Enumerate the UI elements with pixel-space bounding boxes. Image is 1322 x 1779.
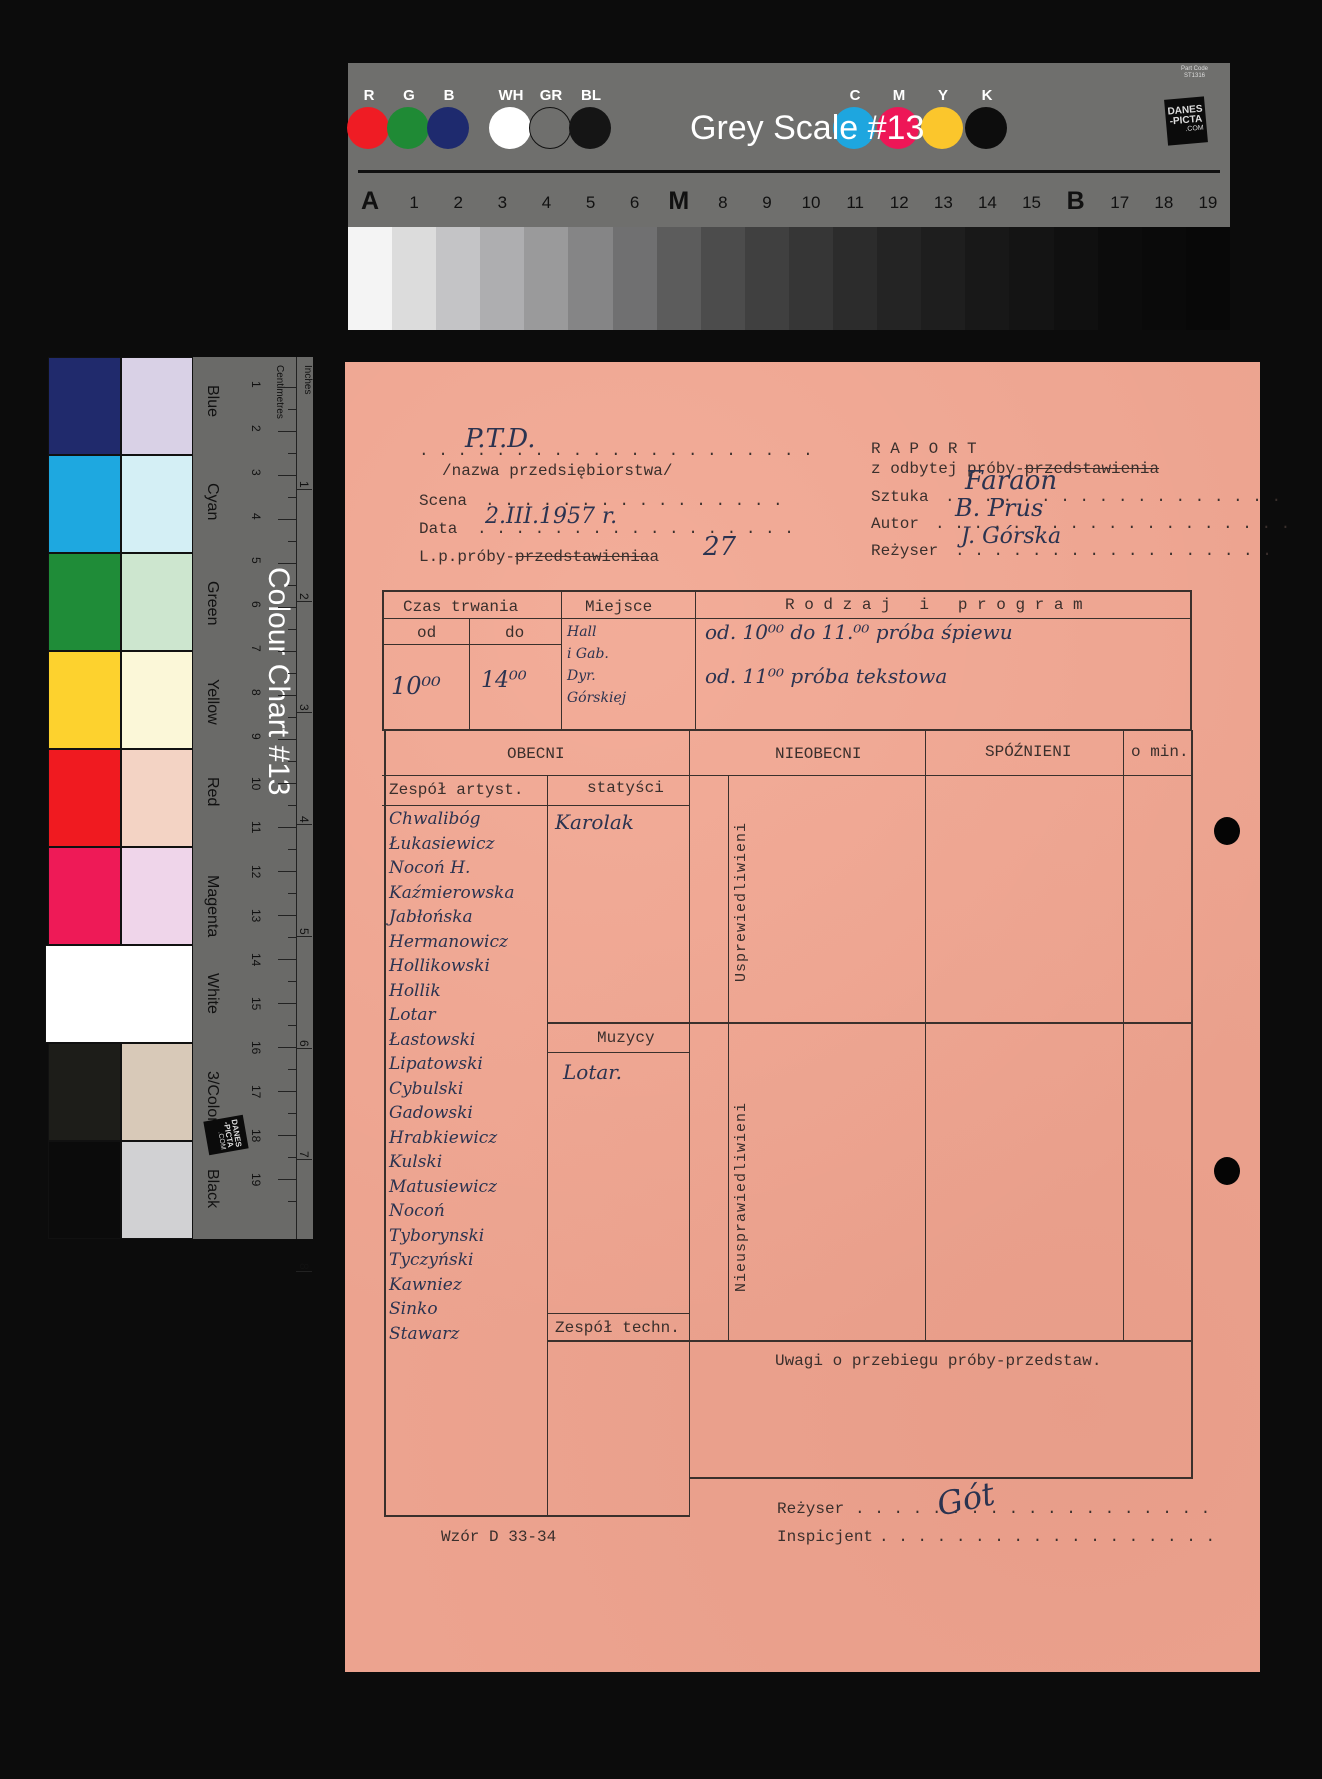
units-in-label: Inches bbox=[302, 365, 313, 394]
grey-step bbox=[965, 227, 1009, 330]
inch-tick-label: 7 bbox=[297, 1151, 311, 1158]
grey-step bbox=[1186, 227, 1230, 330]
cm-tick-label: 3 bbox=[249, 469, 263, 476]
col-divider-omin bbox=[1123, 730, 1124, 1341]
step-label: 2 bbox=[438, 193, 478, 213]
step-label: 1 bbox=[394, 193, 434, 213]
cm-half-tick bbox=[288, 1157, 296, 1158]
program-line: od. 11⁰⁰ próba tekstowa bbox=[705, 664, 1013, 708]
colour-name-label: Blue bbox=[203, 385, 221, 417]
step-label: 13 bbox=[923, 193, 963, 213]
units-cm-label: Centimetres bbox=[274, 365, 285, 419]
grey-step bbox=[613, 227, 657, 330]
swatch-magenta-light bbox=[121, 847, 193, 945]
artist-name: Kaźmierowska bbox=[389, 883, 514, 908]
step-label: 8 bbox=[703, 193, 743, 213]
artist-name: Gadowski bbox=[389, 1103, 514, 1128]
patch-label: K bbox=[967, 87, 1007, 104]
czas-trwania-header: Czas trwania bbox=[403, 598, 518, 616]
inch-tick bbox=[296, 1271, 312, 1272]
artist-name: Nocoń H. bbox=[389, 858, 514, 883]
od-header: od bbox=[417, 624, 436, 642]
sztuka-value: Faraon bbox=[965, 466, 1057, 496]
program-line: od. 10⁰⁰ do 11.⁰⁰ próba śpiewu bbox=[705, 620, 1013, 664]
grey-step-strip bbox=[348, 227, 1230, 330]
cm-tick-label: 12 bbox=[249, 865, 263, 878]
step-label: 19 bbox=[1188, 193, 1228, 213]
part-code-label: Part Code bbox=[1181, 66, 1208, 73]
nieusprawiedliwieni-label: Nieusprawiedliwieni bbox=[733, 1102, 750, 1292]
table-bottom-border bbox=[384, 1515, 689, 1517]
patch-label: G bbox=[389, 87, 429, 104]
cm-half-tick bbox=[288, 1069, 296, 1070]
rezyser-value: J. Górska bbox=[961, 524, 1061, 549]
grey-step bbox=[436, 227, 480, 330]
step-label: 9 bbox=[747, 193, 787, 213]
lp-label-struck: przedstawienia bbox=[515, 548, 649, 566]
patch-label: Y bbox=[923, 87, 963, 104]
patch-b bbox=[427, 107, 469, 149]
header-line-2 bbox=[382, 775, 1191, 776]
lp-value: 27 bbox=[703, 532, 736, 562]
patch-label: GR bbox=[531, 87, 571, 104]
statysci-list: Karolak bbox=[555, 810, 634, 835]
miejsce-line: i Gab. bbox=[567, 646, 626, 668]
swatch-red-light bbox=[121, 749, 193, 847]
grey-step bbox=[789, 227, 833, 330]
col-divider-miejsce bbox=[561, 590, 562, 730]
cm-tick bbox=[278, 1135, 296, 1136]
swatch-yellow-dark bbox=[48, 651, 121, 749]
colour-chart: Centimetres Inches Colour Chart #13 1234… bbox=[45, 357, 313, 1239]
cm-tick bbox=[278, 695, 296, 696]
ruler-strip: Centimetres Inches Colour Chart #13 1234… bbox=[193, 357, 313, 1239]
muzyk-name: Lotar. bbox=[563, 1060, 622, 1085]
col-divider-od-do bbox=[469, 618, 470, 730]
attendance-left-border bbox=[384, 730, 386, 1517]
inch-tick bbox=[296, 1048, 312, 1049]
step-label: 14 bbox=[967, 193, 1007, 213]
cm-tick bbox=[278, 1091, 296, 1092]
inch-tick bbox=[296, 1159, 312, 1160]
swatch-3color-light bbox=[121, 1043, 193, 1141]
binder-hole-bottom bbox=[1214, 1157, 1240, 1185]
col-divider-statysci bbox=[547, 775, 548, 1517]
artist-name: Hollik bbox=[389, 981, 514, 1006]
grey-step bbox=[1142, 227, 1186, 330]
cm-tick-label: 11 bbox=[249, 821, 263, 833]
cm-half-tick bbox=[288, 805, 296, 806]
grey-step bbox=[524, 227, 568, 330]
cm-half-tick bbox=[288, 981, 296, 982]
cm-half-tick bbox=[288, 1113, 296, 1114]
colour-name-label: Magenta bbox=[203, 875, 221, 937]
artist-name: Hermanowicz bbox=[389, 932, 514, 957]
cm-tick bbox=[278, 387, 296, 388]
grey-step bbox=[1009, 227, 1053, 330]
cm-tick bbox=[278, 519, 296, 520]
cm-tick-label: 15 bbox=[249, 997, 263, 1010]
artist-name: Hrabkiewicz bbox=[389, 1128, 514, 1153]
artist-name: Tyczyński bbox=[389, 1250, 514, 1275]
program-value: od. 10⁰⁰ do 11.⁰⁰ próba śpiewuod. 11⁰⁰ p… bbox=[705, 620, 1013, 708]
step-label: M bbox=[659, 187, 699, 216]
divider-rule bbox=[358, 170, 1220, 173]
swatch-white bbox=[45, 945, 193, 1043]
ruler-edge bbox=[296, 357, 297, 1239]
grey-step bbox=[1054, 227, 1098, 330]
swatch-blue-light bbox=[121, 357, 193, 455]
cm-half-tick bbox=[288, 453, 296, 454]
cm-tick-label: 4 bbox=[249, 513, 263, 520]
patch-label: BL bbox=[571, 87, 611, 104]
scena-label: Scena bbox=[419, 492, 467, 510]
cm-tick bbox=[278, 651, 296, 652]
miejsce-header: Miejsce bbox=[585, 598, 652, 616]
cm-tick bbox=[278, 607, 296, 608]
part-code: Part Code ST1316 bbox=[1181, 66, 1208, 79]
artists-list: ChwalibógŁukasiewiczNocoń H.Kaźmierowska… bbox=[389, 809, 514, 1348]
cm-tick-label: 14 bbox=[249, 953, 263, 966]
step-label: 5 bbox=[571, 193, 611, 213]
grey-step bbox=[392, 227, 436, 330]
artist-name: Nocoń bbox=[389, 1201, 514, 1226]
grey-step bbox=[877, 227, 921, 330]
patch-label: R bbox=[349, 87, 389, 104]
obecni-header: OBECNI bbox=[507, 745, 565, 763]
table-subheader-line bbox=[382, 644, 562, 645]
step-label: 18 bbox=[1144, 193, 1184, 213]
spoznieni-header: SPÓŹNIENI bbox=[985, 743, 1071, 761]
col-divider-spoznieni bbox=[925, 730, 926, 1341]
step-label: 10 bbox=[791, 193, 831, 213]
artist-name: Chwalibóg bbox=[389, 809, 514, 834]
cm-tick bbox=[278, 915, 296, 916]
wzor-code: Wzór D 33-34 bbox=[441, 1528, 556, 1546]
subheader-line-2 bbox=[547, 805, 689, 806]
cm-tick-label: 1 bbox=[249, 381, 263, 388]
inch-tick bbox=[296, 712, 312, 713]
cm-half-tick bbox=[288, 1201, 296, 1202]
attendance-right-border bbox=[1191, 730, 1193, 1479]
swatch-black-dark bbox=[48, 1141, 121, 1239]
uwagi-label: Uwagi o przebiegu próby-przedstaw. bbox=[775, 1352, 1101, 1370]
autor-label: Autor bbox=[871, 515, 919, 533]
cm-tick bbox=[278, 871, 296, 872]
step-label: 12 bbox=[879, 193, 919, 213]
grey-step bbox=[657, 227, 701, 330]
grey-step bbox=[348, 227, 392, 330]
table-bottom-line bbox=[382, 729, 1191, 731]
cm-tick-label: 5 bbox=[249, 557, 263, 564]
footer-rezyser-label: Reżyser bbox=[777, 1500, 844, 1518]
artist-name: Tyborynski bbox=[389, 1226, 514, 1251]
colour-name-label: Black bbox=[203, 1169, 221, 1208]
patch-label: M bbox=[879, 87, 919, 104]
swatch-yellow-light bbox=[121, 651, 193, 749]
artist-name: Kulski bbox=[389, 1152, 514, 1177]
cm-tick-label: 10 bbox=[249, 777, 263, 790]
statysci-header: statyści bbox=[587, 779, 664, 797]
cm-half-tick bbox=[288, 849, 296, 850]
cm-half-tick bbox=[288, 541, 296, 542]
cm-tick-label: 13 bbox=[249, 909, 263, 922]
data-label: Data bbox=[419, 520, 457, 538]
colour-name-label: Yellow bbox=[203, 679, 221, 725]
miejsce-value: Halli Gab.Dyr.Górskiej bbox=[567, 624, 626, 712]
artist-name: Jabłońska bbox=[389, 907, 514, 932]
artist-name: Stawarz bbox=[389, 1324, 514, 1349]
inch-tick bbox=[296, 489, 312, 490]
patch-label: B bbox=[429, 87, 469, 104]
cm-tick bbox=[278, 827, 296, 828]
muzycy-header: Muzycy bbox=[597, 1029, 655, 1047]
artist-name: Hollikowski bbox=[389, 956, 514, 981]
do-header: do bbox=[505, 624, 524, 642]
inch-tick-label: 1 bbox=[297, 481, 311, 488]
colour-name-label: Red bbox=[203, 777, 221, 806]
cm-half-tick bbox=[288, 497, 296, 498]
patch-g bbox=[387, 107, 429, 149]
artist-name: Łukasiewicz bbox=[389, 834, 514, 859]
patch-gr bbox=[529, 107, 571, 149]
rehearsal-report-form: P.T.D. . . . . . . . . . . . . . . . . .… bbox=[345, 362, 1260, 1672]
patch-k bbox=[965, 107, 1007, 149]
nieobecni-header: NIEOBECNI bbox=[775, 745, 861, 763]
cm-half-tick bbox=[288, 409, 296, 410]
step-label: 6 bbox=[615, 193, 655, 213]
col-divider-vertical-labels bbox=[728, 775, 729, 1341]
rezyser-label: Reżyser bbox=[871, 542, 938, 560]
colour-name-label: Cyan bbox=[203, 483, 221, 520]
lp-label: L.p.próby-przedstawieniaa bbox=[419, 548, 659, 566]
inch-tick bbox=[296, 824, 312, 825]
uwagi-top-line bbox=[547, 1340, 1191, 1342]
zespol-techn-header: Zespół techn. bbox=[555, 1319, 680, 1337]
artist-name: Kawniez bbox=[389, 1275, 514, 1300]
rodzaj-program-header: R o d z a j i p r o g r a m bbox=[785, 596, 1083, 614]
cm-tick bbox=[278, 1179, 296, 1180]
grey-step bbox=[745, 227, 789, 330]
swatch-cyan-light bbox=[121, 455, 193, 553]
cm-tick-label: 19 bbox=[249, 1173, 263, 1186]
grey-step bbox=[921, 227, 965, 330]
cm-tick bbox=[278, 959, 296, 960]
cm-half-tick bbox=[288, 673, 296, 674]
artist-name: Matusiewicz bbox=[389, 1177, 514, 1202]
inch-tick-label: 6 bbox=[297, 1040, 311, 1047]
cm-tick bbox=[278, 563, 296, 564]
grey-step bbox=[568, 227, 612, 330]
cm-tick-label: 7 bbox=[249, 645, 263, 652]
cm-tick-label: 8 bbox=[249, 689, 263, 696]
swatch-green-dark bbox=[48, 553, 121, 651]
cm-half-tick bbox=[288, 893, 296, 894]
do-value: 14⁰⁰ bbox=[481, 668, 527, 693]
grey-step bbox=[1098, 227, 1142, 330]
artist-name: Lipatowski bbox=[389, 1054, 514, 1079]
patch-label: WH bbox=[491, 87, 531, 104]
table-right-border bbox=[1190, 590, 1192, 730]
swatch-magenta-dark bbox=[48, 847, 121, 945]
cm-tick bbox=[278, 783, 296, 784]
cm-tick bbox=[278, 1003, 296, 1004]
cm-tick-label: 17 bbox=[249, 1085, 263, 1098]
danes-picta-logo: DANES -PICTA .COM bbox=[203, 1115, 248, 1155]
footer-rezyser-dots: . . . . . . . . . . . . . . . . . . . bbox=[855, 1500, 1210, 1518]
cm-half-tick bbox=[288, 629, 296, 630]
inch-tick bbox=[296, 601, 312, 602]
inch-tick-label: 5 bbox=[297, 928, 311, 935]
binder-hole-top bbox=[1214, 817, 1240, 845]
cm-half-tick bbox=[288, 1025, 296, 1026]
swatch-black-light bbox=[121, 1141, 193, 1239]
inch-tick-label: 4 bbox=[297, 816, 311, 823]
danes-picta-logo: DANES -PICTA .COM bbox=[1164, 96, 1208, 145]
usprawiedliwieni-label: Usprewiedliwieni bbox=[733, 822, 750, 982]
cm-half-tick bbox=[288, 717, 296, 718]
inspicjent-label: Inspicjent bbox=[777, 1528, 873, 1546]
swatch-blue-dark bbox=[48, 357, 121, 455]
mid-line bbox=[547, 1022, 1191, 1024]
miejsce-line: Górskiej bbox=[567, 690, 626, 712]
cm-tick bbox=[278, 739, 296, 740]
muzycy-list: Lotar. bbox=[563, 1060, 622, 1085]
miejsce-line: Hall bbox=[567, 624, 626, 646]
miejsce-line: Dyr. bbox=[567, 668, 626, 690]
inch-tick-label: 3 bbox=[297, 704, 311, 711]
subheader-line bbox=[382, 805, 547, 806]
table-left-border bbox=[382, 590, 384, 730]
artist-name: Sinko bbox=[389, 1299, 514, 1324]
swatch-3color-dark bbox=[48, 1043, 121, 1141]
cm-half-tick bbox=[288, 761, 296, 762]
cm-tick-label: 18 bbox=[249, 1129, 263, 1142]
step-label: 17 bbox=[1100, 193, 1140, 213]
grey-step bbox=[833, 227, 877, 330]
cm-tick-label: 16 bbox=[249, 1041, 263, 1054]
colour-name-label: 3/Color bbox=[203, 1071, 221, 1123]
uwagi-bottom-line bbox=[689, 1477, 1191, 1479]
artist-name: Lotar bbox=[389, 1005, 514, 1030]
inspicjent-dots: . . . . . . . . . . . . . . . . . . bbox=[879, 1528, 1215, 1546]
swatch-green-light bbox=[121, 553, 193, 651]
cm-half-tick bbox=[288, 937, 296, 938]
swatch-red-dark bbox=[48, 749, 121, 847]
colour-name-label: Green bbox=[203, 581, 221, 625]
cm-tick bbox=[278, 431, 296, 432]
colour-name-label: White bbox=[203, 973, 221, 1014]
zespol-artyst-header: Zespół artyst. bbox=[389, 781, 523, 799]
col-divider-program bbox=[695, 590, 696, 730]
autor-value: B. Prus bbox=[955, 494, 1043, 522]
step-label: 3 bbox=[482, 193, 522, 213]
cm-half-tick bbox=[288, 585, 296, 586]
cm-tick bbox=[278, 1047, 296, 1048]
patch-bl bbox=[569, 107, 611, 149]
cm-tick bbox=[278, 475, 296, 476]
muzycy-line bbox=[547, 1052, 689, 1053]
step-label: 15 bbox=[1012, 193, 1052, 213]
swatch-cyan-dark bbox=[48, 455, 121, 553]
col-divider-nieobecni bbox=[689, 730, 690, 1517]
grey-scale-title: Grey Scale #13 bbox=[690, 109, 924, 148]
statysta-name: Karolak bbox=[555, 810, 634, 835]
od-value: 10⁰⁰ bbox=[391, 672, 441, 700]
table-header-line bbox=[382, 618, 1191, 619]
artist-name: Łastowski bbox=[389, 1030, 514, 1055]
company-caption: /nazwa przedsiębiorstwa/ bbox=[442, 462, 672, 480]
data-value: 2.III.1957 r. bbox=[485, 504, 617, 529]
step-label: 4 bbox=[526, 193, 566, 213]
step-label: B bbox=[1056, 187, 1096, 216]
step-label: A bbox=[350, 187, 390, 216]
inch-tick-label: 8 bbox=[297, 1263, 311, 1270]
techn-line bbox=[547, 1313, 689, 1314]
cm-tick-label: 9 bbox=[249, 733, 263, 740]
omin-header: o min. bbox=[1131, 743, 1189, 761]
step-label: 11 bbox=[835, 193, 875, 213]
sztuka-label: Sztuka bbox=[871, 488, 929, 506]
grey-step bbox=[480, 227, 524, 330]
grey-step bbox=[701, 227, 745, 330]
table-top-border bbox=[382, 590, 1191, 592]
part-code-value: ST1316 bbox=[1181, 73, 1208, 80]
patch-label: C bbox=[835, 87, 875, 104]
grey-scale-card: Part Code ST1316 RGBWHGRBLCMYK Grey Scal… bbox=[348, 63, 1230, 330]
inch-tick-label: 2 bbox=[297, 593, 311, 600]
inch-tick bbox=[296, 936, 312, 937]
cm-tick-label: 2 bbox=[249, 425, 263, 432]
patch-r bbox=[347, 107, 389, 149]
lp-label-text: L.p.próby- bbox=[419, 548, 515, 566]
patch-wh bbox=[489, 107, 531, 149]
patch-y bbox=[921, 107, 963, 149]
company-dots: . . . . . . . . . . . . . . . . . . . . … bbox=[419, 442, 813, 460]
cm-tick-label: 6 bbox=[249, 601, 263, 608]
report-title: R A P O R T bbox=[871, 440, 977, 458]
artist-name: Cybulski bbox=[389, 1079, 514, 1104]
